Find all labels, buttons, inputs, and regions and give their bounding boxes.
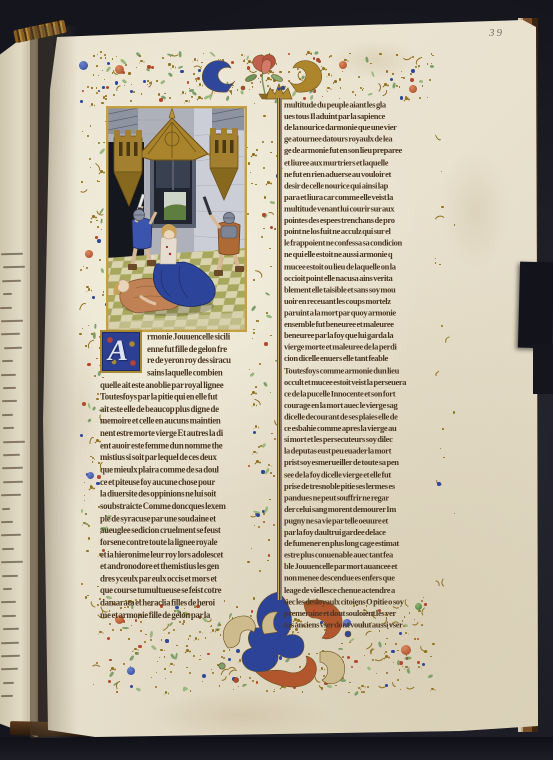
text-line: memoire et celle en aucuns maintien	[100, 416, 248, 428]
border-sprig	[362, 89, 364, 91]
border-sprig	[82, 131, 83, 132]
border-sprig	[264, 196, 266, 198]
border-sprig	[145, 634, 146, 635]
border-sprig	[252, 391, 255, 394]
page-weight-tab	[518, 262, 553, 349]
border-sprig	[179, 52, 182, 59]
text-line: cion dicelle enuers elle tant feable	[284, 353, 440, 365]
text-line: mucee estoit ou lieu de laquelle on la	[284, 261, 440, 273]
text-line: sains laquelle combien	[100, 367, 248, 379]
border-sprig	[248, 162, 250, 164]
border-band-center	[247, 96, 279, 602]
text-line: ent auoir este femme dun nomme the	[100, 440, 248, 452]
border-sprig	[98, 90, 101, 93]
text-line: ge atournee datours royaulx de lea	[284, 134, 440, 146]
border-sprig	[379, 53, 381, 55]
border-sprig	[122, 627, 129, 630]
text-line: damarata et heraclia filles de heroi	[100, 597, 248, 609]
border-sprig	[92, 457, 94, 459]
border-sprig	[186, 645, 188, 647]
border-sprig	[169, 97, 171, 99]
border-sprig	[120, 58, 127, 65]
text-line: Toutesfoys comme armonie dun lieu	[284, 365, 440, 377]
border-sprig	[155, 686, 157, 688]
border-sprig	[164, 93, 165, 94]
facing-page-edge	[0, 26, 38, 738]
border-sprig	[96, 482, 100, 486]
border-sprig	[274, 228, 276, 230]
border-sprig	[138, 645, 142, 649]
text-line: et liuree aux murtriers et laquelle	[284, 157, 440, 169]
border-sprig	[403, 77, 405, 79]
border-sprig	[257, 320, 259, 322]
border-sprig	[251, 183, 253, 185]
border-sprig	[267, 181, 270, 184]
border-sprig	[96, 439, 99, 442]
border-sprig	[170, 56, 171, 57]
border-sprig	[170, 663, 173, 666]
border-sprig	[268, 210, 274, 217]
border-sprig	[171, 51, 178, 58]
text-line: nent estre morte vierge Et autres la di	[100, 428, 248, 440]
border-sprig	[263, 115, 265, 117]
border-sprig	[151, 66, 154, 69]
border-sprig	[129, 655, 135, 661]
border-sprig	[253, 403, 256, 406]
border-sprig	[268, 539, 269, 540]
border-sprig	[143, 80, 146, 83]
border-sprig	[89, 158, 91, 160]
border-sprig	[160, 80, 166, 85]
border-sprig	[406, 683, 415, 692]
border-sprig	[122, 79, 128, 84]
border-sprig	[89, 437, 95, 445]
border-sprig	[391, 650, 394, 653]
border-sprig	[270, 152, 271, 153]
text-line: dres yceulx par eulx occis et mors et	[100, 573, 248, 585]
border-sprig	[270, 200, 275, 204]
border-sprig	[441, 206, 443, 208]
border-sprig	[115, 81, 119, 85]
facing-page-text-line	[1, 601, 16, 604]
border-sprig	[418, 79, 423, 83]
text-line: prist soy esmerueiller de toute sa pen	[284, 457, 440, 469]
border-sprig	[172, 65, 175, 68]
border-sprig	[86, 267, 88, 269]
column-divider-bar	[277, 98, 282, 600]
border-sprig	[443, 457, 444, 458]
border-sprig	[253, 279, 255, 281]
text-line: prise de tresnoble pitie ses lermes es	[284, 480, 440, 492]
border-sprig	[376, 673, 378, 675]
border-sprig	[411, 69, 415, 73]
border-sprig	[134, 648, 137, 651]
border-sprig	[386, 70, 388, 72]
border-sprig	[261, 470, 264, 473]
border-sprig	[94, 324, 97, 329]
facing-page-text-line	[3, 387, 16, 390]
border-sprig	[399, 669, 401, 671]
border-sprig	[161, 639, 162, 640]
border-sprig	[422, 85, 424, 87]
border-sprig	[92, 406, 97, 411]
text-line: multitude venant lui courir sur aux	[284, 203, 440, 215]
border-sprig	[94, 375, 96, 377]
border-sprig	[399, 86, 401, 88]
border-sprig	[193, 655, 195, 657]
border-sprig	[410, 78, 414, 82]
border-sprig	[111, 667, 114, 670]
text-line: paruint a la mort par quoy armonie	[284, 307, 440, 319]
border-sprig	[149, 82, 151, 84]
border-sprig	[250, 172, 251, 173]
border-sprig	[149, 631, 153, 638]
border-sprig	[261, 236, 263, 238]
border-sprig	[441, 325, 443, 327]
border-sprig	[254, 525, 255, 526]
border-sprig	[428, 674, 434, 678]
border-sprig	[189, 635, 191, 637]
border-sprig	[253, 332, 255, 334]
border-sprig	[80, 100, 83, 103]
border-sprig	[262, 141, 264, 143]
text-line: dicelle decourant de ses plaies elle de	[284, 411, 440, 423]
border-sprig	[92, 296, 95, 299]
border-sprig	[165, 678, 166, 679]
facing-page-text-line	[2, 467, 23, 470]
border-sprig	[429, 64, 434, 68]
border-sprig	[381, 90, 388, 97]
border-sprig	[170, 671, 172, 673]
facing-page-text-line	[3, 454, 20, 457]
border-sprig	[263, 228, 265, 230]
border-sprig	[109, 659, 111, 661]
border-sprig	[442, 428, 444, 430]
border-sprig	[130, 685, 133, 688]
border-sprig	[264, 342, 268, 346]
border-sprig	[418, 65, 420, 67]
border-sprig	[431, 688, 434, 691]
text-line: la deputas eust peu euader la mort	[284, 446, 440, 458]
border-sprig	[429, 79, 431, 81]
border-sprig	[371, 71, 375, 77]
facing-page-text-line	[3, 427, 14, 429]
text-line: soubstraicte Comme doncques lexem	[100, 500, 248, 512]
border-sprig	[80, 434, 83, 437]
border-sprig	[269, 499, 270, 500]
border-sprig	[102, 294, 104, 296]
border-sprig	[131, 625, 133, 627]
border-sprig	[258, 446, 260, 448]
border-sprig	[175, 653, 179, 660]
text-line: de la nourice darmonie que une vier	[284, 122, 440, 134]
border-sprig	[91, 103, 94, 106]
page-weight-tab-lower	[533, 344, 553, 394]
border-sprig	[418, 666, 421, 669]
facing-page-text-line	[0, 641, 18, 644]
border-sprig	[186, 649, 189, 652]
border-sprig	[140, 60, 143, 63]
border-sprig	[247, 213, 249, 215]
border-sprig	[82, 328, 83, 329]
border-sprig	[414, 638, 416, 640]
border-sprig	[269, 248, 271, 250]
border-sprig	[385, 651, 387, 653]
border-sprig	[265, 291, 270, 296]
border-sprig	[454, 513, 455, 514]
border-sprig	[80, 302, 87, 311]
facing-page-text-line	[0, 306, 12, 308]
border-sprig	[248, 465, 250, 467]
text-line: ait este elle de beaucop plus digne de	[100, 404, 248, 416]
border-sprig	[385, 655, 388, 658]
border-sprig	[151, 645, 157, 651]
border-sprig	[92, 215, 95, 218]
border-sprig	[99, 259, 101, 261]
border-sprig	[432, 643, 434, 645]
border-sprig	[414, 57, 423, 65]
border-sprig	[259, 462, 260, 463]
border-sprig	[400, 689, 401, 690]
text-line: ne fut en rien aduerse au vouloir et	[284, 168, 440, 180]
facing-page-text-line	[2, 400, 17, 403]
border-sprig	[168, 632, 170, 634]
border-sprig	[270, 392, 272, 394]
border-sprig	[258, 526, 260, 528]
border-sprig	[86, 550, 88, 552]
border-sprig	[160, 649, 162, 651]
border-sprig	[93, 684, 94, 685]
border-sprig	[415, 66, 418, 69]
text-line: estre plus conuenable auec tant fea	[284, 550, 440, 562]
border-sprig	[87, 135, 89, 137]
border-sprig	[417, 638, 419, 640]
border-sprig	[372, 659, 375, 662]
border-sprig	[256, 513, 260, 517]
border-sprig	[342, 71, 343, 72]
border-sprig	[367, 666, 371, 671]
text-line: ce de la pucelle Innocente et son fort	[284, 388, 440, 400]
border-sprig	[190, 690, 191, 691]
border-sprig	[97, 586, 99, 588]
border-sprig	[82, 402, 86, 406]
text-line: mistius si soit par lequel de ces deux	[100, 452, 248, 464]
border-sprig	[100, 57, 102, 59]
text-line: me et armonie fille de gelon par la	[100, 609, 248, 621]
border-sprig	[268, 554, 271, 557]
border-sprig	[419, 646, 427, 652]
border-sprig	[100, 268, 104, 273]
border-sprig	[101, 102, 103, 104]
border-sprig	[80, 509, 83, 513]
border-sprig	[255, 184, 256, 185]
text-line: pointes des espees trenchans de pro	[284, 215, 440, 227]
facing-page-text-line	[2, 507, 10, 509]
border-sprig	[130, 90, 133, 93]
red-fruit	[85, 250, 93, 258]
border-sprig	[107, 637, 110, 640]
border-sprig	[97, 226, 99, 228]
border-sprig	[176, 645, 177, 646]
text-line: uoir en receuant les coups mortelz	[284, 295, 440, 307]
border-sprig	[355, 94, 356, 95]
border-sprig	[88, 325, 89, 326]
text-line: see de la foy dicelle vierge et elle fut	[284, 469, 440, 481]
border-sprig	[430, 656, 432, 658]
border-sprig	[85, 513, 87, 515]
border-sprig	[91, 333, 92, 334]
folio-number: 39	[489, 27, 519, 41]
border-sprig	[99, 631, 102, 634]
border-sprig	[270, 226, 274, 230]
text-line: para et liura car comme elle veist la	[284, 191, 440, 203]
facing-page-text-line	[2, 615, 16, 618]
text-line: ensemble fut beneuree et maleuree	[284, 319, 440, 331]
border-sprig	[259, 570, 261, 572]
border-sprig	[393, 662, 395, 664]
border-sprig	[378, 683, 386, 691]
border-sprig	[123, 663, 125, 665]
border-sprig	[94, 459, 95, 460]
border-sprig	[251, 305, 257, 311]
border-sprig	[116, 56, 117, 57]
border-sprig	[85, 596, 87, 598]
border-sprig	[100, 170, 103, 173]
border-sprig	[96, 358, 97, 359]
text-line: pandues ne peut souffrir ne regar	[284, 492, 440, 504]
border-sprig	[97, 393, 100, 396]
border-sprig	[385, 643, 387, 645]
border-sprig	[397, 679, 399, 681]
border-sprig	[352, 91, 354, 93]
border-sprig	[422, 663, 425, 666]
border-sprig	[165, 691, 168, 694]
facing-page-text-line	[3, 266, 25, 269]
border-sprig	[367, 686, 369, 688]
text-line: multitude du peuple aiant les gla	[284, 99, 440, 111]
border-sprig	[164, 668, 166, 670]
border-sprig	[91, 87, 92, 88]
border-sprig	[186, 667, 188, 669]
text-line: enne fut fille de gelon fre	[100, 343, 248, 355]
border-sprig	[402, 666, 403, 667]
border-sprig	[156, 672, 158, 674]
border-sprig	[101, 229, 102, 230]
border-sprig	[270, 335, 272, 337]
text-line: premeraine et dont souloient les ver	[284, 607, 440, 619]
border-sprig	[98, 142, 100, 144]
border-sprig	[370, 63, 372, 65]
facing-page-text-line	[1, 494, 21, 497]
border-sprig	[144, 641, 146, 643]
text-line: le frappoient ne confessa sa condicion	[284, 238, 440, 250]
border-sprig	[250, 372, 255, 377]
border-sprig	[141, 93, 143, 95]
border-sprig	[360, 87, 362, 89]
border-sprig	[262, 213, 265, 216]
left-text-column: rmonie Jouuencelle sicilienne fut fille …	[100, 331, 248, 624]
border-sprig	[263, 167, 265, 169]
text-line: point ne los fuit ne acculz qui sur el	[284, 226, 440, 238]
border-sprig	[453, 411, 455, 413]
border-sprig	[124, 85, 125, 86]
border-sprig	[378, 641, 382, 647]
text-line: occioit point elle nacusa ains verita	[284, 272, 440, 284]
border-sprig	[253, 431, 256, 434]
facing-page-text-line	[1, 320, 23, 323]
border-sprig	[84, 495, 85, 496]
facing-page-text-line	[1, 521, 13, 523]
manuscript-page: 39	[0, 0, 553, 760]
facing-page-text-line	[3, 588, 12, 590]
text-line: aueuglee sedicion cruelment se feust	[100, 525, 248, 537]
text-line: rmonie Jouuencelle sicili	[100, 331, 248, 343]
border-sprig	[133, 91, 135, 93]
border-sprig	[390, 78, 393, 81]
text-line: beneuree par la foy que lui garda la	[284, 330, 440, 342]
border-sprig	[157, 661, 158, 662]
border-sprig	[132, 651, 133, 652]
border-sprig	[268, 464, 271, 467]
border-sprig	[255, 425, 258, 428]
border-sprig	[88, 288, 91, 291]
facing-page-text-line	[2, 360, 13, 362]
border-sprig	[253, 451, 256, 454]
text-line: ple de syracuse par une soudaine et	[100, 513, 248, 525]
facing-page-text-line	[3, 682, 14, 684]
border-sprig	[82, 90, 85, 93]
border-sprig	[87, 595, 88, 596]
facing-page-text-line	[3, 481, 23, 484]
border-sprig	[396, 54, 397, 55]
text-line: vierge morte et maleuree de la perdi	[284, 342, 440, 354]
border-sprig	[168, 72, 173, 77]
border-sprig	[97, 239, 101, 243]
border-sprig	[427, 97, 429, 99]
border-sprig	[128, 72, 130, 74]
border-sprig	[84, 482, 85, 483]
text-line: pugny ne sa vie par telle oeuure et	[284, 515, 440, 527]
border-sprig	[173, 629, 175, 631]
pineapple-fruit	[401, 645, 411, 655]
border-sprig	[168, 63, 170, 65]
border-sprig	[84, 500, 85, 501]
border-sprig	[92, 332, 95, 339]
facing-page-text-line	[4, 347, 22, 350]
border-sprig	[88, 537, 90, 539]
text-line: ble Jouuencelle par mort auancee et	[284, 561, 440, 573]
text-line: leage de viellesce chenue actendre a	[284, 584, 440, 596]
facing-page-text-line	[1, 655, 21, 658]
border-sprig	[264, 506, 270, 513]
border-sprig	[185, 100, 188, 103]
border-sprig	[131, 84, 132, 85]
border-sprig	[107, 62, 110, 65]
border-sprig	[273, 524, 275, 526]
facing-page-text-line	[2, 280, 21, 283]
border-sprig	[96, 398, 98, 400]
border-sprig	[254, 270, 262, 277]
border-sprig	[99, 219, 102, 224]
border-sprig	[273, 475, 274, 476]
facing-page-text-line	[3, 628, 19, 631]
text-line: courage en la mort auec le vierge sag	[284, 399, 440, 411]
border-sprig	[85, 345, 86, 346]
parchment-stain	[150, 690, 330, 740]
border-sprig	[274, 438, 276, 440]
border-sprig	[90, 167, 91, 168]
facing-page-text-line	[3, 440, 25, 443]
